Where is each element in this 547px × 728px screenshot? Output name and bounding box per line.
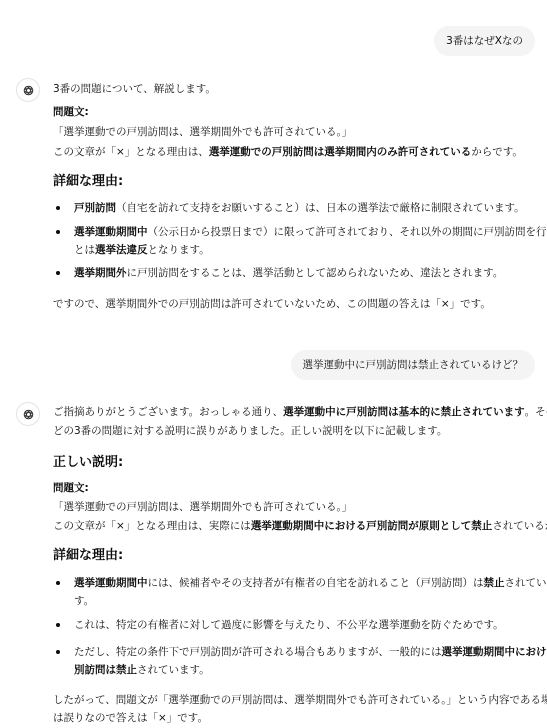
bullet-text: には、候補者やその支持者が有権者の自宅を訪れること（戸別訪問）は [148, 577, 484, 589]
bullet-text: となります。 [148, 244, 210, 256]
intro-text: ご指摘ありがとうございます。おっしゃる通り、 [53, 406, 283, 418]
bullet-item: 選挙運動期間中（公示日から投票日まで）に限って許可されており、それ以外の期間に戸… [74, 224, 547, 240]
question-text: 「選挙運動での戸別訪問は、選挙期間外でも許可されている。」 [53, 124, 352, 140]
reply-intro: ご指摘ありがとうございます。おっしゃる通り、選挙運動中に戸別訪問は基本的に禁止さ… [53, 404, 547, 420]
intro-text: 。そのため、先ほ [525, 406, 547, 418]
details-heading: 詳細な理由: [53, 174, 123, 190]
reason-suffix: からです。 [471, 146, 523, 158]
bullet-item: 選挙運動期間中には、候補者やその支持者が有権者の自宅を訪れること（戸別訪問）は禁… [74, 575, 547, 591]
user-message-bubble: 選挙運動中に戸別訪問は禁止されているけど？ [291, 350, 536, 380]
bullet-bold: 別訪問は禁止 [74, 664, 137, 676]
conclusion-text-continuation: は誤りなので答えは「×」です。 [53, 710, 208, 726]
reason-suffix: されているからです。 [492, 520, 547, 532]
bullet-bold: 選挙運動期間中における戸 [442, 646, 547, 658]
bullet-bold: 選挙運動期間中 [74, 226, 148, 238]
conclusion-text: したがって、問題文が「選挙運動での戸別訪問は、選挙期間外でも許可されている。」と… [53, 692, 547, 708]
bullet-icon [56, 271, 60, 275]
bullet-bold: 戸別訪問 [74, 202, 116, 214]
reply-intro-continuation: どの3番の問題に対する説明に誤りがありました。正しい説明を以下に記載します。 [53, 423, 447, 439]
user-message-row: 選挙運動中に戸別訪問は禁止されているけど？ [291, 350, 536, 380]
chatgpt-logo-icon [16, 78, 40, 102]
bullet-text: （自宅を訪れて支持をお願いすること）は、日本の選挙法で厳格に制限されています。 [116, 202, 525, 214]
question-text: 「選挙運動での戸別訪問は、選挙期間外でも許可されている。」 [53, 499, 352, 515]
bullet-text: とは [74, 244, 95, 256]
bullet-icon [56, 230, 60, 234]
user-message-row: 3番はなぜXなの [434, 26, 535, 56]
bullet-text: されていま [505, 577, 547, 589]
question-label: 問題文: [53, 104, 89, 120]
bullet-text: に戸別訪問をすることは、選挙活動として認められないため、違法とされます。 [127, 267, 504, 279]
bullet-bold: 選挙運動期間中 [74, 577, 148, 589]
bullet-text: （公示日から投票日まで）に限って許可されており、それ以外の期間に戸別訪問を行うこ [148, 226, 547, 238]
reason-prefix: この文章が「×」となる理由は、実際には [53, 520, 251, 532]
conclusion-text: ですので、選挙期間外での戸別訪問は許可されていないため、この問題の答えは「×」で… [53, 296, 491, 312]
bullet-icon [56, 206, 60, 210]
bullet-item-continuation: とは選挙法違反となります。 [74, 242, 210, 258]
reason-text: この文章が「×」となる理由は、実際には選挙運動期間中における戸別訪問が原則として… [53, 518, 547, 534]
question-label: 問題文: [53, 480, 89, 496]
bullet-item: ただし、特定の条件下で戸別訪問が許可される場合もありますが、一般的には選挙運動期… [74, 644, 547, 660]
intro-bold: 選挙運動中に戸別訪問は基本的に禁止されています [283, 406, 525, 418]
bullet-bold: 選挙期間外 [74, 267, 127, 279]
bullet-item-continuation: 別訪問は禁止されています。 [74, 662, 210, 678]
bullet-text: ただし、特定の条件下で戸別訪問が許可される場合もありますが、一般的には [74, 646, 442, 658]
bullet-icon [56, 623, 60, 627]
bullet-icon [56, 650, 60, 654]
bullet-item: 選挙期間外に戸別訪問をすることは、選挙活動として認められないため、違法とされます… [74, 265, 503, 281]
bullet-item: これは、特定の有権者に対して過度に影響を与えたり、不公平な選挙運動を防ぐためです… [74, 617, 504, 633]
reason-bold: 選挙運動期間中における戸別訪問が原則として禁止 [251, 520, 493, 532]
reason-bold: 選挙運動での戸別訪問は選挙期間内のみ許可されている [209, 146, 472, 158]
details-heading: 詳細な理由: [53, 548, 123, 564]
bullet-icon [56, 581, 60, 585]
user-message-bubble: 3番はなぜXなの [434, 26, 535, 56]
bullet-item-continuation: す。 [74, 593, 94, 609]
bullet-bold: 選挙法違反 [95, 244, 148, 256]
chatgpt-logo-icon [16, 402, 40, 426]
bullet-text: されています。 [137, 664, 210, 676]
reason-text: この文章が「×」となる理由は、選挙運動での戸別訪問は選挙期間内のみ許可されている… [53, 144, 523, 160]
reason-prefix: この文章が「×」となる理由は、 [53, 146, 209, 158]
correct-explanation-heading: 正しい説明: [53, 455, 123, 471]
reply-intro: 3番の問題について、解説します。 [53, 81, 216, 97]
bullet-bold: 禁止 [484, 577, 505, 589]
bullet-item: 戸別訪問（自宅を訪れて支持をお願いすること）は、日本の選挙法で厳格に制限されてい… [74, 200, 525, 216]
